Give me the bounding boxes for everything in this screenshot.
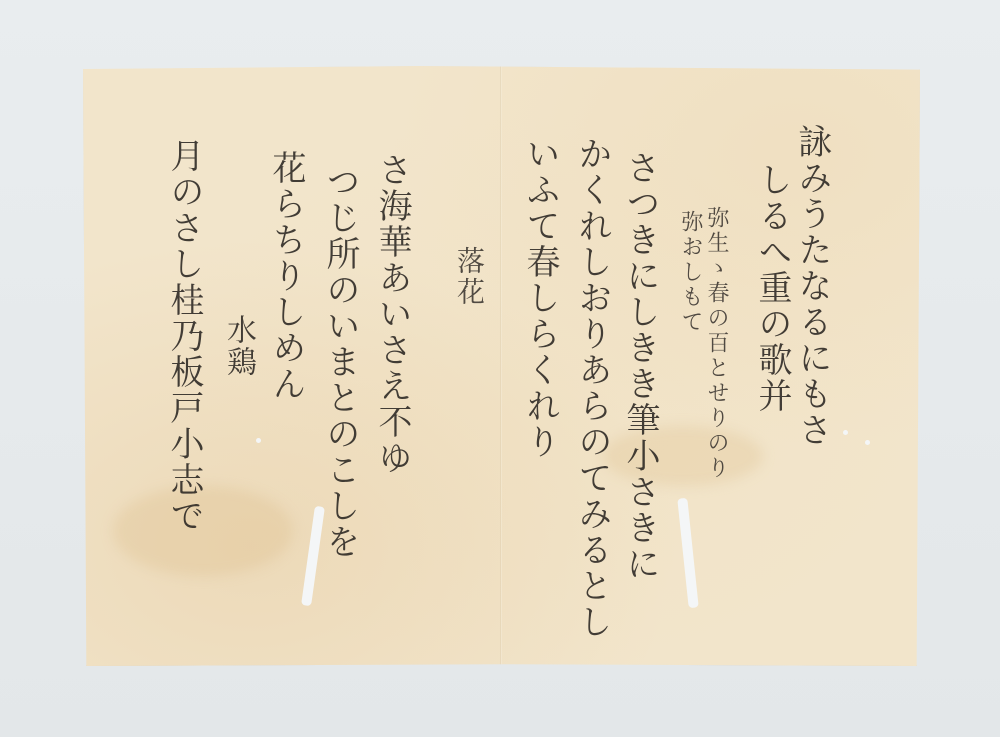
text-column-6: さ海華あいさえ不ゆ xyxy=(375,152,409,476)
binding-hole xyxy=(843,430,848,435)
binding-hole xyxy=(256,438,261,443)
note-column-1: 弥生ゝ春の百とせりのり xyxy=(705,206,727,481)
calligraphy-paper-sheet: 詠みうたなるにもさ しるへ重の歌并 弥生ゝ春の百とせりのり 弥おしもて さつきに… xyxy=(83,66,920,666)
text-column-2: しるへ重の歌并 xyxy=(755,162,789,414)
text-column-8: 花らちりしめん xyxy=(269,150,303,402)
binding-hole xyxy=(865,440,870,445)
paper-tear xyxy=(677,498,698,608)
text-column-1: 詠みうたなるにもさ xyxy=(795,124,829,448)
text-column-5: いふて春しらくれり xyxy=(523,136,557,460)
poem-title-water-rail: 水鶏 xyxy=(223,314,253,378)
text-column-4: かくれしおりあらのてみるとし xyxy=(575,136,609,640)
note-column-2: 弥おしもて xyxy=(679,210,701,335)
center-fold-crease xyxy=(500,66,502,666)
text-column-9: 月のさし桂乃板戸小志で xyxy=(167,138,201,534)
text-column-7: つじ所のいまとのこしを xyxy=(323,164,357,560)
poem-title-falling-flowers: 落花 xyxy=(455,246,483,308)
text-column-3: さつきにしきき筆小さきに xyxy=(623,150,657,582)
